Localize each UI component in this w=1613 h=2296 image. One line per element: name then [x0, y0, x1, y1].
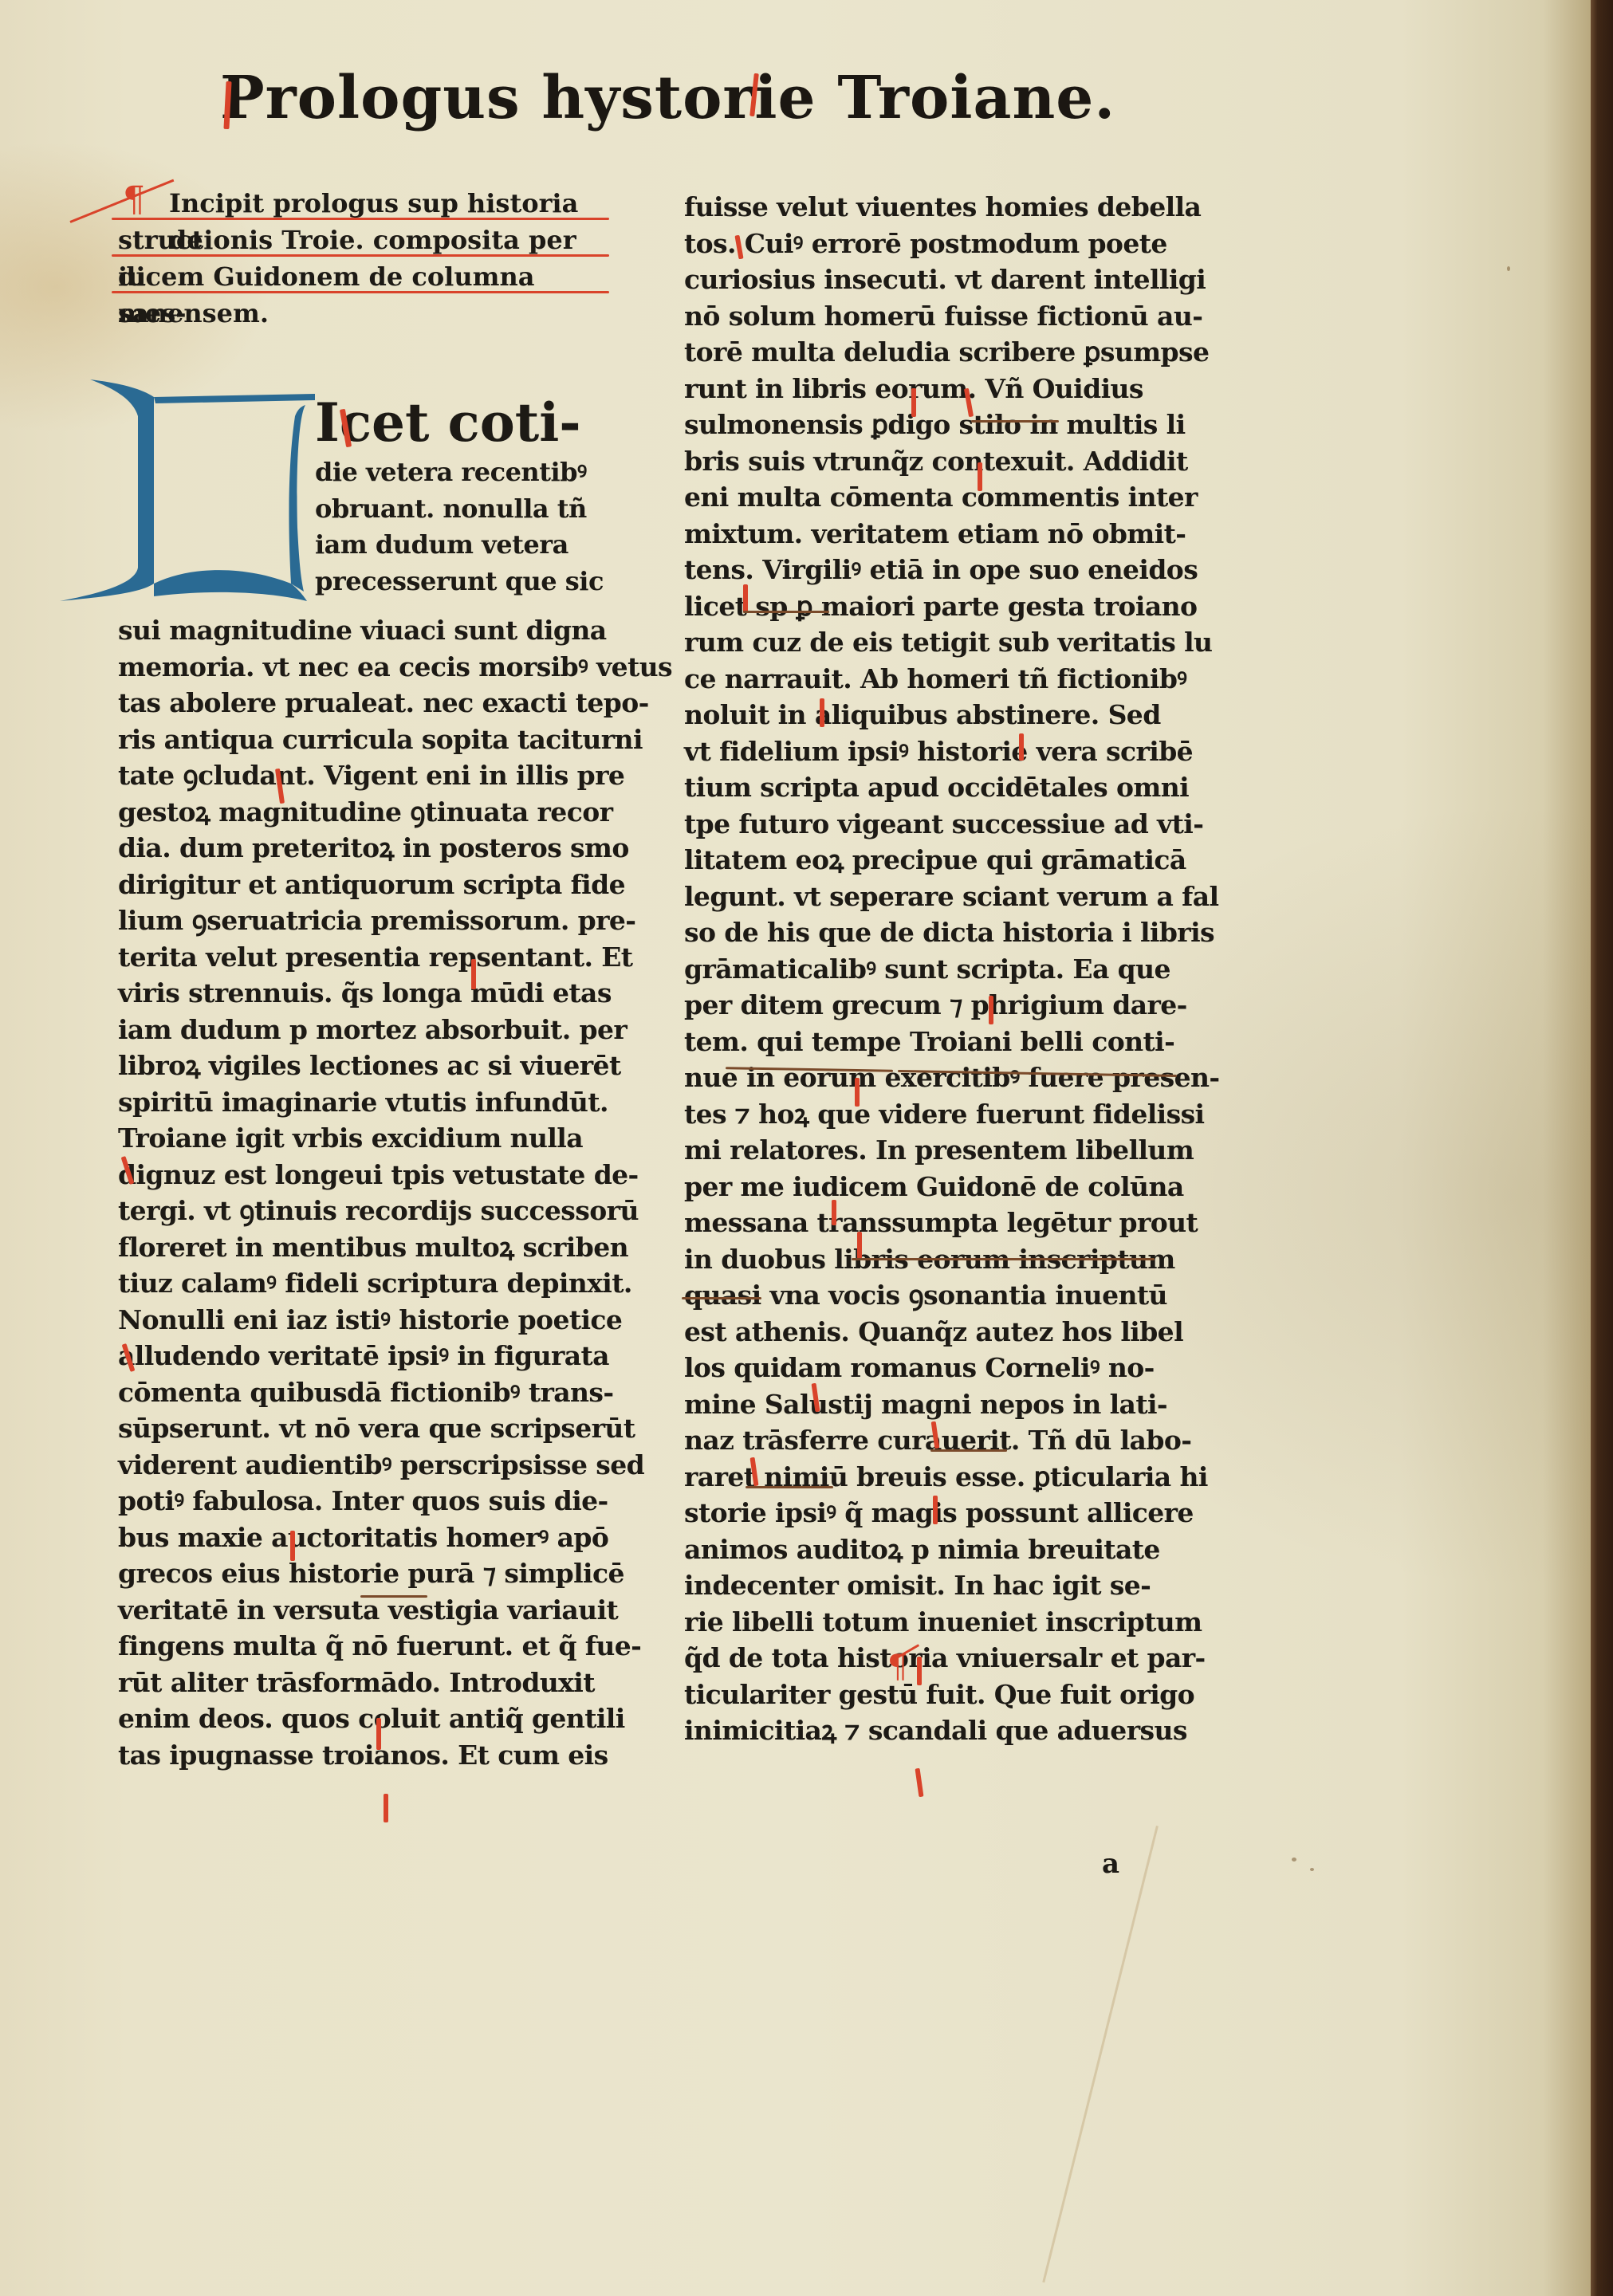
decorated-initial-l — [60, 368, 315, 607]
text-line: sūpserunt. vt nō vera que scripserūt — [118, 1410, 644, 1447]
drop-cap-text: Icet coti- die vetera recentibꝰ obruant.… — [315, 391, 602, 600]
text-line: bris suis vtrunq̃z contexuit. Addidit — [684, 443, 1178, 480]
rubric-stroke — [978, 462, 982, 491]
rubric-stroke — [743, 584, 748, 613]
text-line: tium scripta apud occidētales omni — [684, 769, 1178, 806]
text-line: grecos eius historie purā ⁊ simplicē — [118, 1555, 644, 1592]
text-line: terita velut presentia repsentant. Et — [118, 939, 644, 976]
text-line: fuisse velut viuentes homies debella — [684, 189, 1178, 226]
rubric-stroke — [857, 1232, 862, 1259]
text-line: Troiane igit vrbis excidium nulla — [118, 1120, 644, 1157]
name-underline — [746, 1486, 833, 1488]
text-line: torē multa deludia scribere ꝑsumpse — [684, 334, 1178, 371]
text-line: nue in eorum exercitibꝰ fuere presen- — [684, 1060, 1178, 1096]
text-line: tiuz calamꝰ fideli scriptura depinxit. — [118, 1265, 644, 1302]
text-line: per me iudicem Guidonē de colūna — [684, 1169, 1178, 1205]
text-line: tem. qui tempe Troiani belli conti- — [684, 1024, 1178, 1060]
text-line: enim deos. quos coluit antiq̃ gentili — [118, 1700, 644, 1737]
text-line: floreret in mentibus multoꝝ scriben — [118, 1229, 644, 1266]
text-line: precesserunt que sic — [315, 564, 602, 600]
text-line: die vetera recentibꝰ — [315, 454, 602, 491]
text-line: ticulariter gestū fuit. Que fuit origo — [684, 1677, 1178, 1713]
text-line: mixtum. veritatem etiam nō obmit- — [684, 516, 1178, 552]
rubric-stroke — [820, 698, 824, 727]
name-underline — [930, 1449, 1007, 1452]
signature-mark: a — [1102, 1848, 1119, 1880]
ink-speck — [1310, 1868, 1314, 1871]
text-line: storie ipsiꝰ q̃ magis possunt allicere — [684, 1495, 1178, 1531]
opening-words: Icet coti- — [315, 391, 602, 454]
text-line: per ditem grecum ⁊ phrigium dare- — [684, 987, 1178, 1024]
text-line: eni multa cōmenta commentis inter — [684, 479, 1178, 516]
rubric-stroke — [376, 1718, 381, 1750]
ink-speck — [1292, 1858, 1296, 1862]
rubric-stroke — [471, 959, 476, 989]
rubric-stroke — [933, 1496, 938, 1524]
text-line: inimicitiaꝝ ⁊ scandali que aduersus — [684, 1712, 1178, 1749]
text-line: grāmaticalibꝰ sunt scripta. Ea que — [684, 951, 1178, 988]
text-line: gestoꝝ magnitudine ꝯtinuata recor — [118, 794, 644, 831]
text-line: ris antiqua curricula sopita taciturni — [118, 721, 644, 758]
red-rule — [112, 291, 609, 293]
rubric-stroke — [911, 388, 916, 417]
text-line: ce narrauit. Ab homeri tñ fictionibꝰ — [684, 661, 1178, 698]
paper-crease — [1042, 1826, 1159, 2282]
text-line: so de his que de dicta historia i libris — [684, 914, 1178, 951]
text-line: tpe futuro vigeant successiue ad vti- — [684, 806, 1178, 843]
text-line: rie libelli totum inueniet inscriptum — [684, 1604, 1178, 1641]
text-line: dirigitur et antiquorum scripta fide — [118, 867, 644, 903]
name-underline — [682, 1297, 761, 1299]
incipit-line: sanensem. — [118, 295, 596, 332]
text-line: potiꝰ fabulosa. Inter quos suis die- — [118, 1483, 644, 1520]
red-rule — [112, 218, 609, 220]
rubric-stroke — [989, 996, 993, 1024]
text-line: mi relatores. In presentem libellum — [684, 1132, 1178, 1169]
text-line: tate ꝯcludant. Vigent eni in illis pre — [118, 757, 644, 794]
text-line: mine Salustij magni nepos in lati- — [684, 1386, 1178, 1423]
text-line: viris strennuis. q̃s longa mūdi etas — [118, 975, 644, 1012]
text-line: memoria. vt nec ea cecis morsibꝰ vetus — [118, 649, 644, 686]
rubric-stroke — [1019, 733, 1024, 761]
rubric-stroke — [915, 1768, 924, 1797]
text-line: raret nimiū breuis esse. ꝑticularia hi — [684, 1459, 1178, 1496]
text-line: sui magnitudine viuaci sunt digna — [118, 612, 644, 649]
text-line: bus maxie auctoritatis homerꝰ apō — [118, 1520, 644, 1556]
text-line: rum cuz de eis tetigit sub veritatis lu — [684, 624, 1178, 661]
paragraph-mark-icon: ¶ — [887, 1651, 907, 1683]
text-line: iam dudum vetera — [315, 527, 602, 564]
text-line: tas ipugnasse troianos. Et cum eis — [118, 1737, 644, 1774]
text-line: dignuz est longeui tpis vetustate de- — [118, 1157, 644, 1193]
text-line: sulmonensis ꝑdigo stilo in multis li — [684, 407, 1178, 443]
left-column: sui magnitudine viuaci sunt digna memori… — [118, 612, 644, 1773]
text-line: fingens multa q̃ nō fuerunt. et q̃ fue- — [118, 1628, 644, 1665]
name-underline — [852, 1258, 1155, 1260]
text-line: animos auditoꝝ p nimia breuitate — [684, 1531, 1178, 1568]
incipit-line: dicem Guidonem de columna mes- — [118, 258, 596, 295]
name-underline — [360, 1595, 427, 1598]
name-underline — [743, 611, 829, 613]
text-line: tens. Virgiliꝰ etiā in ope suo eneidos — [684, 552, 1178, 588]
right-column: fuisse velut viuentes homies debella tos… — [684, 189, 1178, 1749]
text-line: runt in libris eorum. Vñ Ouidius — [684, 371, 1178, 407]
rubric-stroke — [832, 1200, 836, 1225]
rubric-stroke — [917, 1657, 922, 1685]
text-line: noluit in aliquibus abstinere. Sed — [684, 697, 1178, 733]
text-line: libroꝝ vigiles lectiones ac si viuerēt — [118, 1048, 644, 1084]
text-line: obruant. nonulla tñ — [315, 491, 602, 528]
text-line: viderent audientibꝰ perscripsisse sed — [118, 1447, 644, 1484]
text-line: messana transsumpta legētur prout — [684, 1205, 1178, 1241]
incipit-line: structionis Troie. composita per iu — [118, 222, 596, 258]
text-line: est athenis. Quanq̃z autez hos libel — [684, 1314, 1178, 1350]
text-line: nō solum homerū fuisse fictionū au- — [684, 298, 1178, 335]
text-line: legunt. vt seperare sciant verum a fal — [684, 879, 1178, 915]
text-line: dia. dum preteritoꝝ in posteros smo — [118, 830, 644, 867]
text-line: iam dudum p mortez absorbuit. per — [118, 1012, 644, 1048]
text-line: spiritū imaginarie vtutis infundūt. — [118, 1084, 644, 1121]
text-line: los quidam romanus Corneliꝰ no- — [684, 1350, 1178, 1386]
book-binding-edge — [1591, 0, 1613, 2296]
text-line: indecenter omisit. In hac igit se- — [684, 1567, 1178, 1604]
book-page: Prologus hystorie Troiane. ¶ Incipit pro… — [0, 0, 1591, 2296]
ink-speck — [1507, 266, 1510, 271]
text-line: vt fidelium ipsiꝰ historie vera scribē — [684, 733, 1178, 770]
text-line: cōmenta quibusdā fictionibꝰ trans- — [118, 1374, 644, 1411]
text-line: tas abolere prualeat. nec exacti tepo- — [118, 685, 644, 721]
rubric-stroke — [855, 1078, 860, 1107]
incipit-block: ¶ Incipit prologus sup historia de struc… — [118, 185, 596, 332]
text-line: licet sp ꝑ maiori parte gesta troiano — [684, 588, 1178, 625]
text-line: tergi. vt ꝯtinuis recordijs successorū — [118, 1193, 644, 1229]
text-line: rūt aliter trāsformādo. Introduxit — [118, 1665, 644, 1701]
text-line: tos. Cuiꝰ errorē postmodum poete — [684, 226, 1178, 262]
text-line: alludendo veritatē ipsiꝰ in figurata — [118, 1338, 644, 1374]
text-line: lium ꝯseruatricia premissorum. pre- — [118, 902, 644, 939]
name-underline — [971, 420, 1059, 423]
text-line: quasi vna vocis ꝯsonantia inuentū — [684, 1277, 1178, 1314]
rubric-stroke — [384, 1794, 388, 1822]
rubric-stroke — [290, 1531, 295, 1561]
text-line: litatem eoꝝ precipue qui grāmaticā — [684, 842, 1178, 879]
running-title: Prologus hystorie Troiane. — [220, 64, 1115, 132]
incipit-line: ¶ Incipit prologus sup historia de — [118, 185, 596, 222]
text-line: curiosius insecuti. vt darent intelligi — [684, 261, 1178, 298]
text-line: tes ⁊ hoꝝ que videre fuerunt fidelissi — [684, 1096, 1178, 1133]
text-line: q̃d de tota historia vniuersalr et par- — [684, 1640, 1178, 1677]
red-rule — [112, 254, 609, 257]
paragraph-mark-icon: ¶ — [123, 182, 145, 218]
text-line: Nonulli eni iaz istiꝰ historie poetice — [118, 1302, 644, 1339]
